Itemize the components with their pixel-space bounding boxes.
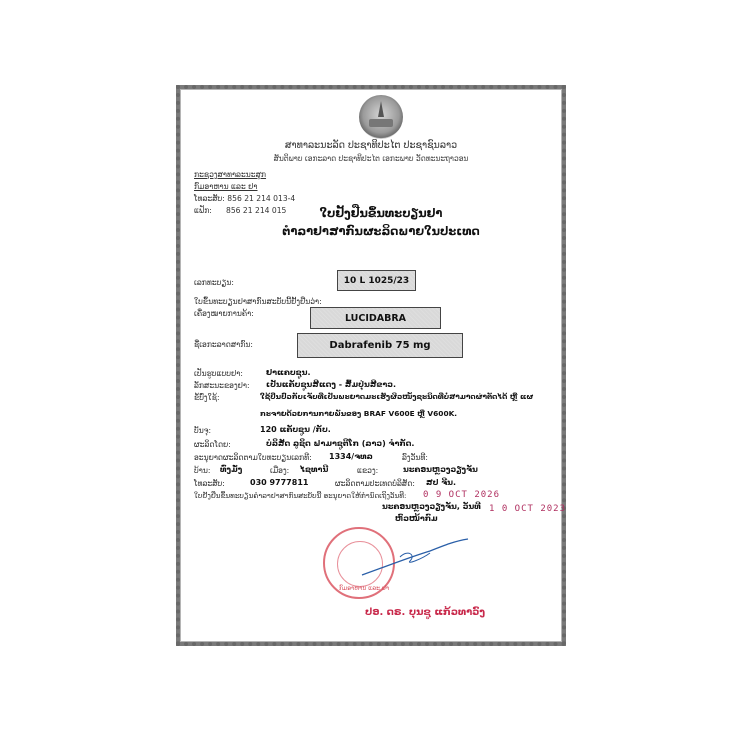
province: ນະຄອນຫຼວງວຽງຈັນ [403, 465, 478, 474]
appearance: ເປັນແຄັບຊູນສີແດງ - ສົ້ມປຸ່ນສີຂາວ. [266, 380, 396, 389]
lao-emblem-icon [359, 95, 403, 139]
produced-for: ສປ ຈີນ. [426, 478, 456, 487]
signature-icon [360, 535, 470, 585]
dosage-form: ຢາແຄບຊູນ. [266, 368, 311, 377]
license-date-label: ລົງວັນທີ: [402, 453, 428, 462]
manufacturer: ບໍລິສັດ ລູຊິດ ຟາມາຊູຕິໂກ (ລາວ) ຈຳກັດ. [266, 439, 414, 448]
trade-name-label: ເຄື່ອງໝາຍການຄ້າ: [194, 309, 254, 318]
indication-line-1: ໃຊ້ປິ່ນປົວກັບເຈັບທີ່ເປັນພະຍາດມະເຮັງຜິວໜັ… [260, 392, 533, 401]
signatory-role: ຫົວໜ້າກົມ [395, 514, 438, 523]
generic-name-label: ຊື່ເອກະລາດສາກົນ: [194, 340, 253, 349]
validity-label: ໃບຢັ້ງຢືນຂຶ້ນທະບຽນຄຳລາຢາສາກົນສະບັບນີ້ ອະ… [194, 491, 406, 500]
national-motto: ສັນຕິພາບ ເອກະລາດ ປະຊາທິປະໄຕ ເອກະພາບ ວັດທ… [180, 154, 562, 163]
country-name: ສາທາລະນະລັດ ປະຊາທິປະໄຕ ປະຊາຊົນລາວ [180, 140, 562, 151]
certificate-title: ໃບຢັ້ງຢືນຂຶ້ນທະບຽນຢາ [180, 206, 562, 220]
ministry-name: ກະຊວງສາທາລະນະສຸກ [194, 170, 266, 179]
issue-date: 1 0 OCT 2023 [489, 504, 566, 514]
manufacturer-label: ຜະລິດໂດຍ: [194, 440, 231, 449]
mfr-phone: 030 9777811 [250, 478, 308, 487]
signer-name: ປອ. ດຣ. ບຸນຊູ ແກ້ວທາວົງ [365, 607, 485, 618]
issuer-phone: 856 21 214 013-4 [227, 194, 295, 203]
reg-number-label: ເລກທະບຽນ: [194, 278, 234, 287]
province-label: ແຂວງ: [357, 466, 378, 475]
indication-label: ຂໍ້ບົ່ງໃຊ້: [194, 393, 220, 402]
registration-certificate: ສາທາລະນະລັດ ປະຊາທິປະໄຕ ປະຊາຊົນລາວ ສັນຕິພ… [176, 85, 566, 646]
certificate-subtitle: ຕຳລາຢາສາກົນຜະລິດພາຍໃນປະເທດ [180, 224, 562, 238]
valid-until-date: 0 9 OCT 2026 [423, 490, 500, 500]
license-number: 1334/ຈທລ [329, 452, 373, 461]
district-label: ເມືອງ: [270, 466, 289, 475]
produced-for-label: ຜະລິດຕາມປະເທດບໍລິສັດ: [335, 479, 415, 488]
district: ໄຊທານີ [300, 465, 328, 474]
reg-number-box: 10 L 1025/23 [337, 270, 416, 291]
dosage-form-label: ເປັນຮູບແບບຢາ: [194, 369, 243, 378]
department-name: ກົມອາຫານ ແລະ ຢາ [194, 182, 258, 191]
phone-label: ໂທລະສັບ: [194, 194, 225, 203]
village: ທົ່ງມັ່ງ [220, 465, 242, 474]
indication-line-2: ກະຈາຍດ້ວຍການກາຍພັນຂອງ BRAF V600E ຫຼື V60… [260, 409, 457, 418]
village-label: ບ້ານ: [194, 466, 210, 475]
license-label: ອະນຸຍາດຜະລິດຕາມໃບທະບຽນເລກທີ: [194, 453, 312, 462]
appearance-label: ລັກສະນະຂອງຢາ: [194, 381, 250, 390]
certify-statement: ໃບຂຶ້ນທະບຽນຢາສາກົນສະບັບນີ້ຢັ້ງຢືນວ່າ: [194, 297, 322, 306]
place-date: ນະຄອນຫຼວງວຽງຈັນ, ວັນທີ [382, 502, 481, 511]
packing: 120 ແຄັບຊູນ /ກັບ. [260, 425, 331, 434]
mfr-phone-label: ໂທລະສັບ: [194, 479, 225, 488]
generic-name-box: Dabrafenib 75 mg [297, 333, 463, 358]
trade-name-box: LUCIDABRA [310, 307, 441, 329]
packing-label: ບັນຈຸ: [194, 426, 211, 435]
